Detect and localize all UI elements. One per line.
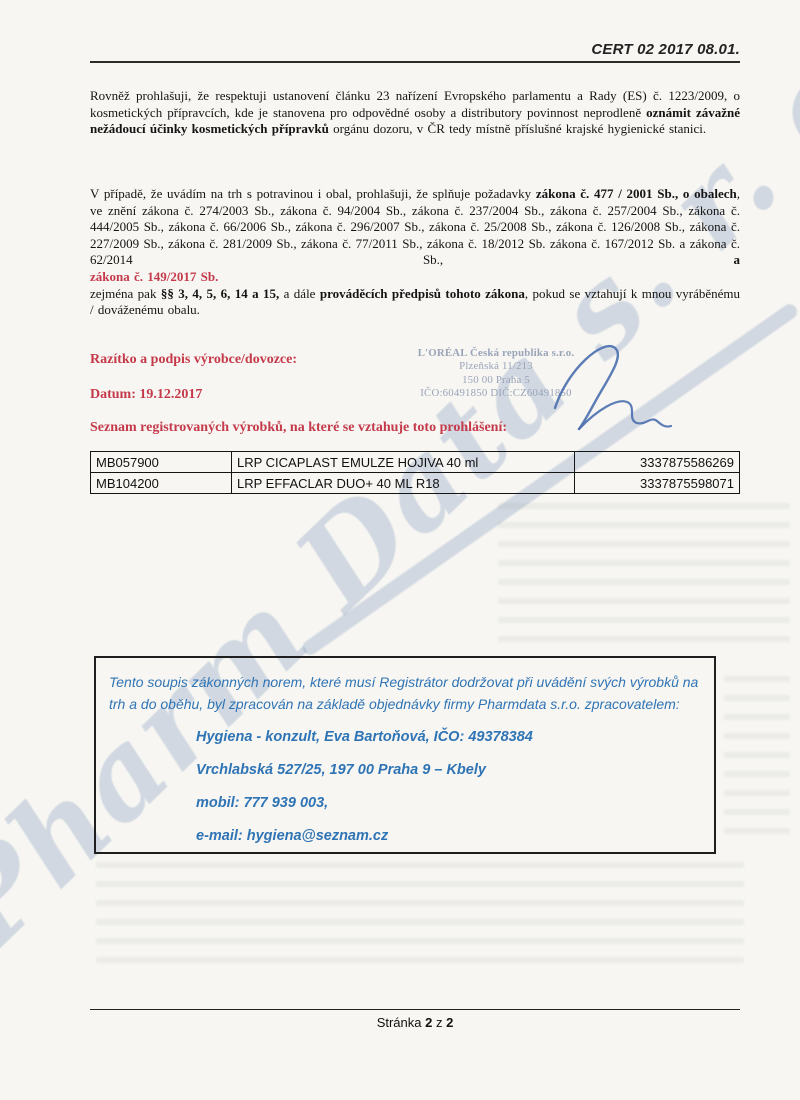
bleedthrough-text-lower — [96, 862, 744, 974]
bleedthrough-text-upper — [498, 503, 790, 655]
product-code-cell: MB057900 — [91, 452, 232, 473]
red-law-citation: zákona č. 149/2017 Sb. — [90, 269, 218, 286]
paragraph-packaging-law: V případě, že uvádím na trh s potravinou… — [90, 186, 740, 319]
paragraph-cosmetics-regulation: Rovněž prohlašuji, že respektuji ustanov… — [90, 88, 740, 138]
product-name-cell: LRP CICAPLAST EMULZE HOJIVA 40 ml — [232, 452, 575, 473]
registered-products-heading: Seznam registrovaných výrobků, na které … — [90, 420, 507, 436]
signature — [545, 336, 695, 441]
info-box-email: e-mail: hygiena@seznam.cz — [196, 825, 714, 847]
table-row: MB104200 LRP EFFACLAR DUO+ 40 ML R18 333… — [91, 473, 740, 494]
product-ean-cell: 3337875586269 — [575, 452, 740, 473]
footer-rule — [90, 1009, 740, 1010]
page-number: Stránka 2 z 2 — [90, 1015, 740, 1030]
header-rule — [90, 61, 740, 63]
bleedthrough-text-side — [724, 676, 790, 842]
info-box-address: Vrchlabská 527/25, 197 00 Praha 9 – Kbel… — [196, 759, 714, 781]
document-reference: CERT 02 2017 08.01. — [591, 41, 740, 58]
product-name-cell: LRP EFFACLAR DUO+ 40 ML R18 — [232, 473, 575, 494]
registered-products-table: MB057900 LRP CICAPLAST EMULZE HOJIVA 40 … — [90, 451, 740, 494]
info-box-mobile: mobil: 777 939 003, — [196, 792, 714, 814]
registrar-info-box: Tento soupis zákonných norem, které musí… — [94, 656, 716, 854]
info-box-intro: Tento soupis zákonných norem, které musí… — [109, 671, 701, 715]
product-ean-cell: 3337875598071 — [575, 473, 740, 494]
table-row: MB057900 LRP CICAPLAST EMULZE HOJIVA 40 … — [91, 452, 740, 473]
paragraph-packaging-law-main: V případě, že uvádím na trh s potravinou… — [90, 186, 740, 267]
paragraph-packaging-law-tail: zejména pak §§ 3, 4, 5, 6, 14 a 15, a dá… — [90, 286, 740, 319]
stamp-signature-heading: Razítko a podpis výrobce/dovozce: — [90, 352, 297, 368]
date-heading: Datum: 19.12.2017 — [90, 387, 202, 403]
product-code-cell: MB104200 — [91, 473, 232, 494]
info-box-company: Hygiena - konzult, Eva Bartoňová, IČO: 4… — [196, 726, 714, 748]
